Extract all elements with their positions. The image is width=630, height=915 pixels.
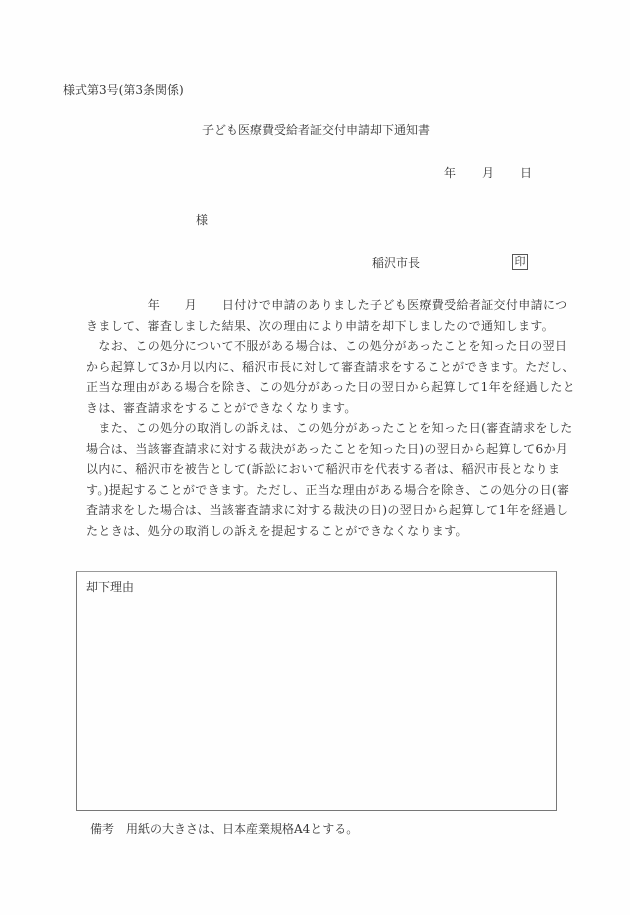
seal-mark: 印 (512, 254, 528, 270)
month-label: 月 (482, 166, 494, 180)
body-line: きまして、審査しました結果、次の理由により申請を却下しましたので通知します。 (86, 316, 556, 337)
body-line: きは、審査請求をすることができなくなります。 (86, 398, 556, 419)
year-label: 年 (444, 166, 456, 180)
document-title: 子ども医療費受給者証交付申請却下通知書 (202, 123, 430, 137)
body-line: す。)提起することができます。ただし、正当な理由がある場合を除き、この処分の日(… (86, 480, 556, 501)
body-line: なお、この処分について不服がある場合は、この処分があったことを知った日の翌日 (86, 336, 556, 357)
body-line: 正当な理由がある場合を除き、この処分があった日の翌日から起算して1年を経過したと (86, 377, 556, 398)
rejection-reason-label: 却下理由 (86, 580, 134, 594)
rejection-reason-box: 却下理由 (76, 571, 557, 811)
body-line: 年 月 日付けで申請のありました子ども医療費受給者証交付申請につ (86, 295, 556, 316)
remarks-note: 備考 用紙の大きさは、日本産業規格A4とする。 (90, 822, 358, 836)
day-label: 日 (520, 166, 532, 180)
body-line: 場合は、当該審査請求に対する裁決があったことを知った日)の翌日から起算して6か月 (86, 439, 556, 460)
issuer-name: 稲沢市長 (372, 256, 420, 270)
body-line: から起算して3か月以内に、稲沢市長に対して審査請求をすることができます。ただし、 (86, 357, 556, 378)
form-number: 様式第3号(第3条関係) (63, 83, 184, 97)
body-line: 査請求をした場合は、当該審査請求に対する裁決の日)の翌日から起算して1年を経過し (86, 500, 556, 521)
body-line: また、この処分の取消しの訴えは、この処分があったことを知った日(審査請求をした (86, 418, 556, 439)
body-line: たときは、処分の取消しの訴えを提起することができなくなります。 (86, 521, 556, 542)
body-line: 以内に、稲沢市を被告として(訴訟において稲沢市を代表する者は、稲沢市長となりま (86, 459, 556, 480)
date-line: 年月日 (444, 166, 532, 180)
addressee-suffix: 様 (196, 213, 208, 227)
notice-body: 年 月 日付けで申請のありました子ども医療費受給者証交付申請につ きまして、審査… (86, 295, 556, 541)
